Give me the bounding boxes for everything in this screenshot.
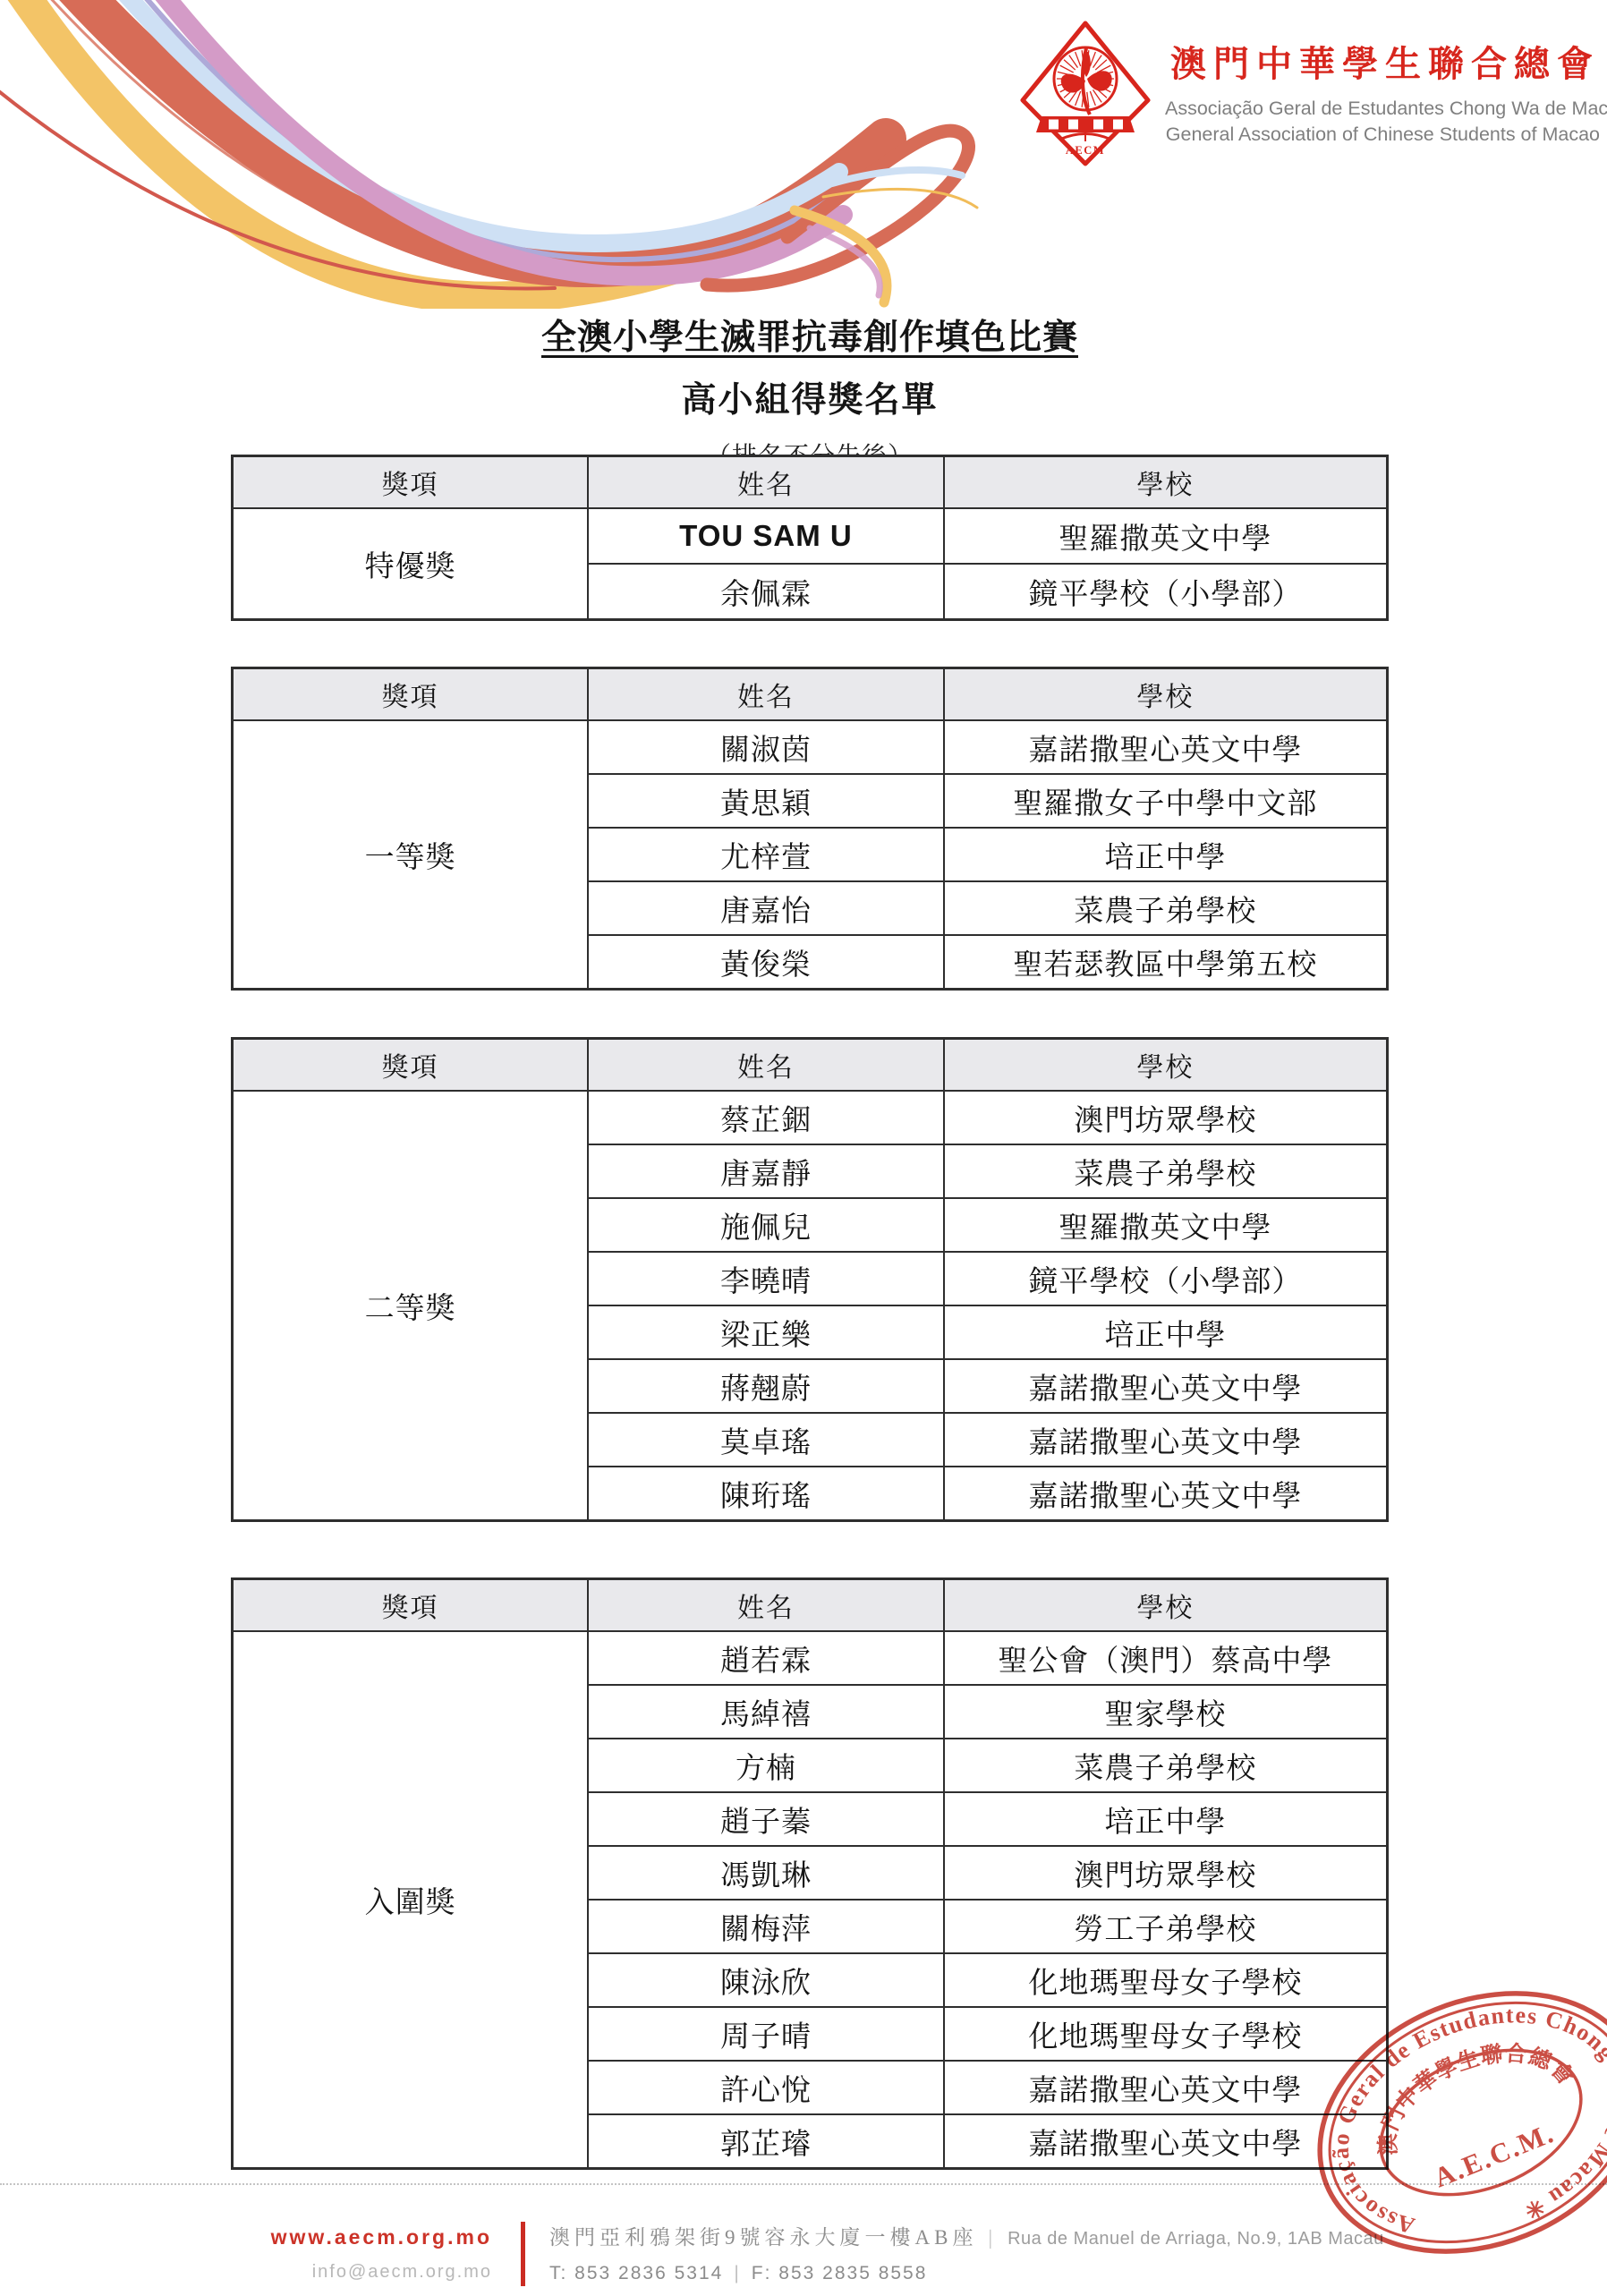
table-row: 特優獎TOU SAM U聖羅撒英文中學 — [233, 508, 1388, 564]
award-cell: 特優獎 — [233, 508, 589, 620]
name-cell: 唐嘉怡 — [588, 881, 944, 935]
school-cell: 鏡平學校（小學部） — [944, 1252, 1388, 1305]
column-header: 姓名 — [588, 668, 944, 721]
footer-contact-left: www.aecm.org.mo info@aecm.org.mo — [143, 2225, 492, 2283]
column-header: 學校 — [944, 1039, 1388, 1092]
school-cell: 菜農子弟學校 — [944, 881, 1388, 935]
org-name-en: General Association of Chinese Students … — [1165, 123, 1600, 146]
award-cell: 一等獎 — [233, 720, 589, 990]
name-cell: 方楠 — [588, 1739, 944, 1792]
footer-red-bar — [521, 2222, 525, 2286]
name-cell: 梁正樂 — [588, 1305, 944, 1359]
name-cell: 關淑茵 — [588, 720, 944, 774]
school-cell: 聖羅撒英文中學 — [944, 1198, 1388, 1252]
name-cell: 莫卓瑤 — [588, 1413, 944, 1467]
table-row: 入圍獎趙若霖聖公會（澳門）蔡高中學 — [233, 1631, 1388, 1685]
header-row: 獎項姓名學校 — [233, 668, 1388, 721]
org-name-zh: 澳門中華學生聯合總會 — [1165, 36, 1600, 87]
name-cell: 余佩霖 — [588, 564, 944, 620]
school-cell: 嘉諾撒聖心英文中學 — [944, 720, 1388, 774]
school-cell: 培正中學 — [944, 1792, 1388, 1846]
name-cell: 蔣翹蔚 — [588, 1359, 944, 1413]
school-cell: 聖羅撒英文中學 — [944, 508, 1388, 564]
column-header: 獎項 — [233, 1039, 589, 1092]
column-header: 姓名 — [588, 456, 944, 509]
name-cell: 馬綽禧 — [588, 1685, 944, 1739]
name-cell: 黃思穎 — [588, 774, 944, 828]
title-block: 全澳小學生滅罪抗毒創作填色比賽 高小組得獎名單 （排名不分先後） — [231, 310, 1389, 472]
column-header: 學校 — [944, 456, 1388, 509]
email-text: info@aecm.org.mo — [143, 2262, 492, 2283]
school-cell: 嘉諾撒聖心英文中學 — [944, 1359, 1388, 1413]
header-row: 獎項姓名學校 — [233, 456, 1388, 509]
name-cell: 關梅萍 — [588, 1900, 944, 1953]
award-table: 獎項姓名學校特優獎TOU SAM U聖羅撒英文中學余佩霖鏡平學校（小學部） — [231, 455, 1389, 621]
school-cell: 澳門坊眾學校 — [944, 1091, 1388, 1144]
award-cell: 入圍獎 — [233, 1631, 589, 2169]
table-row: 二等獎蔡芷銦澳門坊眾學校 — [233, 1091, 1388, 1144]
school-cell: 聖家學校 — [944, 1685, 1388, 1739]
table-row: 一等獎關淑茵嘉諾撒聖心英文中學 — [233, 720, 1388, 774]
school-cell: 培正中學 — [944, 1305, 1388, 1359]
name-cell: 郭芷璿 — [588, 2114, 944, 2169]
school-cell: 聖羅撒女子中學中文部 — [944, 774, 1388, 828]
document-subtitle: 高小組得獎名單 — [231, 372, 1389, 422]
address-line: 澳門亞利鴉架街9號容永大廈一樓AB座|Rua de Manuel de Arri… — [549, 2221, 1384, 2250]
separator-pipe: | — [734, 2263, 740, 2283]
name-cell: 黃俊榮 — [588, 935, 944, 990]
org-names: 澳門中華學生聯合總會 Associação Geral de Estudante… — [1165, 36, 1600, 146]
name-cell: 李曉晴 — [588, 1252, 944, 1305]
column-header: 姓名 — [588, 1579, 944, 1632]
phone-line: T: 853 2836 5314|F: 853 2835 8558 — [549, 2263, 1384, 2284]
school-cell: 聖公會（澳門）蔡高中學 — [944, 1631, 1388, 1685]
column-header: 姓名 — [588, 1039, 944, 1092]
logo-leaf-right — [1087, 71, 1112, 90]
name-cell: 趙子蓁 — [588, 1792, 944, 1846]
name-cell: 施佩兒 — [588, 1198, 944, 1252]
stamp-outer-ring — [1281, 1947, 1607, 2296]
column-header: 學校 — [944, 1579, 1388, 1632]
name-cell: 陳泳欣 — [588, 1953, 944, 2007]
school-cell: 菜農子弟學校 — [944, 1739, 1388, 1792]
name-cell: 馮凱琳 — [588, 1846, 944, 1900]
aecm-logo: AECM — [1018, 18, 1152, 166]
document-page: AECM 澳門中華學生聯合總會 Associação Geral de Estu… — [0, 0, 1607, 2296]
ribbon-decoration — [0, 0, 1002, 309]
logo-acronym-text: AECM — [1066, 144, 1105, 157]
school-cell: 澳門坊眾學校 — [944, 1846, 1388, 1900]
org-name-pt: Associação Geral de Estudantes Chong Wa … — [1165, 98, 1600, 120]
column-header: 獎項 — [233, 456, 589, 509]
letterhead: AECM 澳門中華學生聯合總會 Associação Geral de Estu… — [1018, 18, 1600, 166]
school-cell: 聖若瑟教區中學第五校 — [944, 935, 1388, 990]
website-text: www.aecm.org.mo — [143, 2225, 492, 2249]
header-row: 獎項姓名學校 — [233, 1039, 1388, 1092]
stamp-acronym: A.E.C.M. — [1430, 2117, 1560, 2194]
name-cell: TOU SAM U — [588, 508, 944, 564]
document-title: 全澳小學生滅罪抗毒創作填色比賽 — [231, 310, 1389, 360]
column-header: 學校 — [944, 668, 1388, 721]
column-header: 獎項 — [233, 668, 589, 721]
name-cell: 陳珩瑤 — [588, 1467, 944, 1521]
award-tables: 獎項姓名學校特優獎TOU SAM U聖羅撒英文中學余佩霖鏡平學校（小學部）獎項姓… — [231, 455, 1389, 2170]
address-zh: 澳門亞利鴉架街9號容永大廈一樓AB座 — [549, 2226, 977, 2249]
name-cell: 趙若霖 — [588, 1631, 944, 1685]
award-table: 獎項姓名學校二等獎蔡芷銦澳門坊眾學校唐嘉靜菜農子弟學校施佩兒聖羅撒英文中學李曉晴… — [231, 1037, 1389, 1522]
footer-address-block: 澳門亞利鴉架街9號容永大廈一樓AB座|Rua de Manuel de Arri… — [549, 2221, 1384, 2284]
name-cell: 周子晴 — [588, 2007, 944, 2061]
award-table: 獎項姓名學校一等獎關淑茵嘉諾撒聖心英文中學黃思穎聖羅撒女子中學中文部尤梓萱培正中… — [231, 667, 1389, 991]
award-table: 獎項姓名學校入圍獎趙若霖聖公會（澳門）蔡高中學馬綽禧聖家學校方楠菜農子弟學校趙子… — [231, 1577, 1389, 2170]
school-cell: 培正中學 — [944, 828, 1388, 881]
name-cell: 唐嘉靜 — [588, 1144, 944, 1198]
official-stamp: Associação Geral de Estudantes Chong Wa … — [1293, 1943, 1607, 2296]
fax-number: F: 853 2835 8558 — [752, 2263, 928, 2283]
school-cell: 菜農子弟學校 — [944, 1144, 1388, 1198]
school-cell: 嘉諾撒聖心英文中學 — [944, 1467, 1388, 1521]
award-cell: 二等獎 — [233, 1091, 589, 1521]
header-row: 獎項姓名學校 — [233, 1579, 1388, 1632]
school-cell: 鏡平學校（小學部） — [944, 564, 1388, 620]
phone-number: T: 853 2836 5314 — [549, 2263, 723, 2283]
name-cell: 蔡芷銦 — [588, 1091, 944, 1144]
name-cell: 許心悅 — [588, 2061, 944, 2114]
school-cell: 嘉諾撒聖心英文中學 — [944, 1413, 1388, 1467]
separator-pipe: | — [988, 2226, 997, 2249]
column-header: 獎項 — [233, 1579, 589, 1632]
name-cell: 尤梓萱 — [588, 828, 944, 881]
